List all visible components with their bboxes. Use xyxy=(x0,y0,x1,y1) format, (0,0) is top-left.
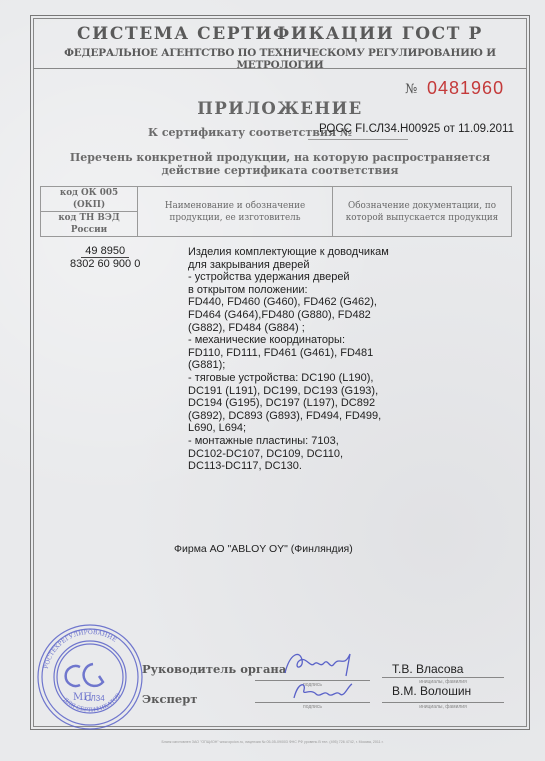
appendix-title: ПРИЛОЖЕНИЕ xyxy=(33,99,527,118)
tn-ved-code: 8302 60 900 0 xyxy=(70,258,140,270)
certificate-underline xyxy=(308,139,408,140)
rst-certification-seal-icon: РОСТЕХРЕГУЛИРОВАНИЕ ДЛЯ СЕРТИФИКАТОВ МП … xyxy=(35,622,145,732)
svg-text:СЛ34: СЛ34 xyxy=(85,694,105,703)
head-name: Т.В. Власова xyxy=(392,662,463,676)
product-list-heading: Перечень конкретной продукции, на котору… xyxy=(33,151,527,177)
okp-code-header: код ОК 005 (ОКП) xyxy=(41,187,138,212)
expert-name-caption: инициалы, фамилия xyxy=(382,704,504,710)
product-codes: 49 8950 8302 60 900 0 xyxy=(70,245,140,270)
tn-ved-code-header: код ТН ВЭД России xyxy=(41,212,138,237)
manufacturer: Фирма АО "ABLOY OY" (Финляндия) xyxy=(174,543,353,555)
expert-signature-line xyxy=(255,702,370,703)
product-list-heading-line1: Перечень конкретной продукции, на котору… xyxy=(33,151,527,164)
expert-name-line xyxy=(382,702,504,703)
head-of-body-label: Руководитель органа xyxy=(142,662,286,676)
footer-fine-print: Бланк изготовлен ЗАО "ОПЦИОН" www.opcion… xyxy=(0,740,545,744)
documentation-header: Обозначение документации, по которой вып… xyxy=(333,187,512,237)
product-name-header: Наименование и обозначение продукции, ее… xyxy=(138,187,333,237)
product-table-header: код ОК 005 (ОКП) Наименование и обозначе… xyxy=(40,186,512,237)
product-list-heading-line2: действие сертификата соответствия xyxy=(33,164,527,177)
expert-signature-icon xyxy=(290,678,355,704)
head-name-line xyxy=(382,677,504,678)
expert-name: В.М. Волошин xyxy=(392,684,471,698)
certificate-number: РОСС FI.СЛ34.Н00925 от 11.09.2011 xyxy=(319,123,514,135)
expert-signature-caption: подпись xyxy=(255,704,370,710)
okp-code: 49 8950 xyxy=(81,245,129,258)
svg-text:РОСТЕХРЕГУЛИРОВАНИЕ: РОСТЕХРЕГУЛИРОВАНИЕ xyxy=(43,629,118,670)
expert-label: Эксперт xyxy=(142,692,197,706)
head-signature-icon xyxy=(280,648,360,678)
form-number: 0481960 xyxy=(427,78,504,99)
system-title: СИСТЕМА СЕРТИФИКАЦИИ ГОСТ Р xyxy=(33,24,527,44)
header-divider xyxy=(33,68,527,69)
form-number-label: № xyxy=(405,82,417,97)
product-description: Изделия комплектующие к доводчикам для з… xyxy=(188,246,393,473)
